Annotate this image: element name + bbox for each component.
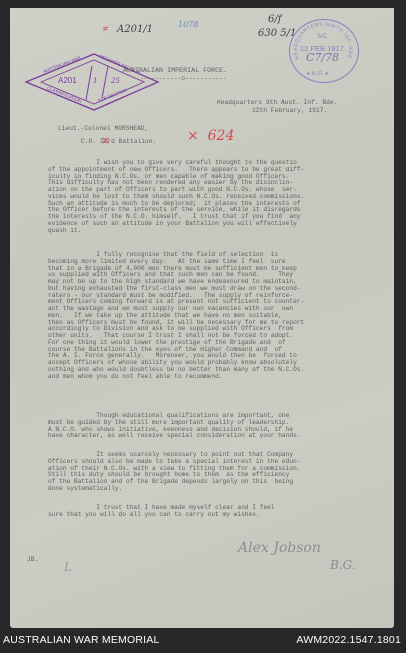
paragraph-5: I trust that I have made myself clear an… [48, 505, 348, 519]
blue-number: 1078 [178, 20, 198, 29]
stamp-field-item: 25 [111, 77, 120, 85]
stamp-number: C7/78 [306, 51, 339, 64]
stamp-sc: S/C [317, 34, 327, 40]
addressee-name: Lieut.-Colonel MORSHEAD, [58, 125, 148, 132]
reference-number: A201/1 [117, 24, 153, 35]
signature-title: B.G. [330, 558, 356, 572]
letter-date: 12th February, 1917. [252, 107, 327, 114]
red-cross-mark: × [101, 134, 110, 147]
accession-number: AWM2022.1547.1801 [296, 634, 401, 646]
letter-heading: AUSTRALIAN IMPERIAL FORCE. [123, 67, 227, 74]
stamp-aif: ★ A.I.F. ★ [306, 71, 329, 77]
paragraph-3: Though educational qualifications are im… [48, 413, 348, 440]
red-mark: ≠ [102, 24, 109, 33]
signature: Alex Jobson [238, 540, 321, 556]
addressee-unit: C.O. 33rd Battalion. [81, 138, 156, 145]
paragraph-1: I wish you to give very careful thought … [48, 160, 348, 234]
heading-rule: -----------o----------- [140, 75, 227, 82]
stamp-field-class: A201 [58, 76, 77, 85]
classification-stamp [24, 52, 160, 114]
file-ref-line1: 6/f [268, 14, 281, 25]
margin-pencil-mark: L [64, 560, 72, 574]
paragraph-4: It seems scarcely necessary to point out… [48, 452, 348, 493]
paragraph-2: I fully recognise that the field of sele… [48, 252, 348, 380]
typist-initials: JB. [27, 556, 38, 563]
institution-label: AUSTRALIAN WAR MEMORIAL [3, 634, 159, 646]
stamp-field-sub: 1 [93, 77, 97, 85]
sender-address: Headquarters 9th Aust. Inf. Bde. [217, 99, 337, 106]
red-annotation: × 624 [187, 128, 234, 144]
